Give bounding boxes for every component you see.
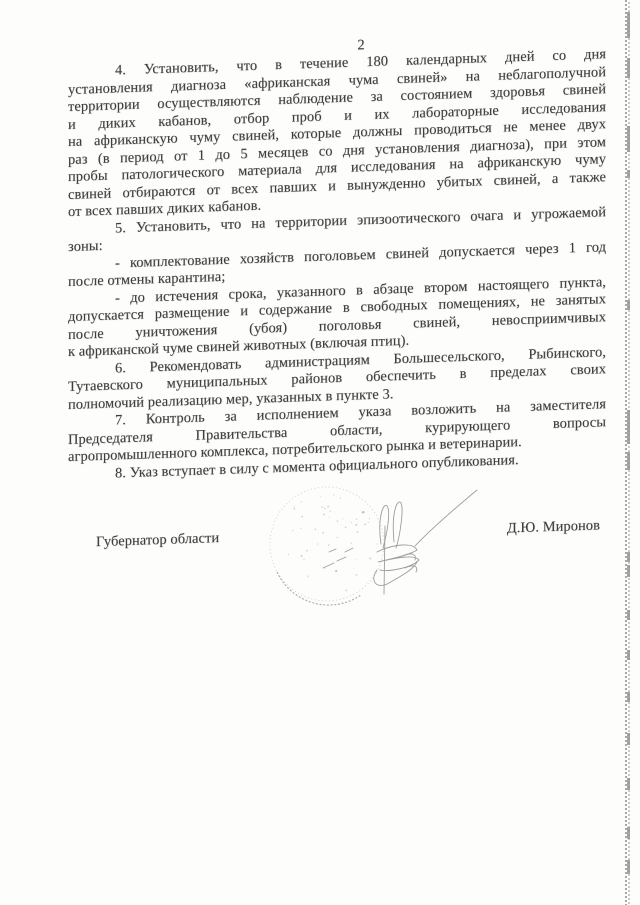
document-text-block: 2 4. Установить, что в течение 180 кален… bbox=[68, 28, 606, 552]
edge-artifact-segment bbox=[627, 170, 630, 178]
edge-artifact-segment bbox=[627, 733, 630, 745]
edge-artifact-segment bbox=[627, 126, 630, 152]
signatory-name: Д.Ю. Миронов bbox=[507, 516, 606, 537]
scanned-page: 2 4. Установить, что в течение 180 кален… bbox=[0, 0, 640, 905]
edge-artifact-segment bbox=[627, 410, 630, 444]
edge-artifact-segment bbox=[627, 692, 630, 702]
edge-artifact-segment bbox=[627, 650, 630, 660]
edge-artifact-segment bbox=[627, 778, 630, 790]
edge-artifact-segment bbox=[627, 610, 630, 620]
edge-artifact-segment bbox=[627, 860, 630, 874]
edge-artifact-segment bbox=[627, 827, 630, 839]
edge-artifact-segment bbox=[627, 452, 630, 470]
stamp-and-signature-graphic bbox=[265, 482, 480, 610]
edge-artifact-segment bbox=[627, 12, 630, 38]
edge-artifact-segment bbox=[627, 58, 630, 78]
signatory-title: Губернатор области bbox=[68, 529, 219, 552]
edge-artifact-segment bbox=[627, 565, 630, 577]
edge-artifact-segment bbox=[627, 300, 630, 310]
decree-paragraphs: 4. Установить, что в течение 180 календа… bbox=[68, 46, 606, 484]
edge-artifact-segment bbox=[627, 552, 630, 562]
